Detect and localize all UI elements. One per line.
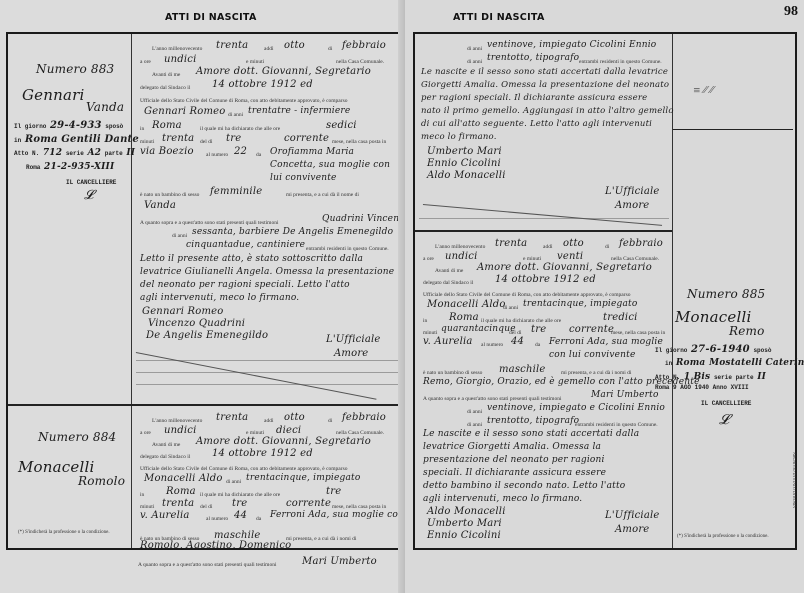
cancelliere-signature: 𝓛 bbox=[84, 188, 94, 203]
declarant-city: Roma bbox=[152, 120, 182, 131]
house-number: 22 bbox=[234, 146, 247, 157]
numero-value: 884 bbox=[93, 430, 117, 444]
declarant: Monacelli Aldo bbox=[427, 299, 506, 310]
print-text: di anni bbox=[467, 46, 482, 52]
narrative-line: speciali. Il dichiarante assicura essere bbox=[423, 468, 606, 478]
print-text: è nato un bambino di sesso bbox=[423, 370, 482, 376]
right-frame: di anni ventinove, impiegato Cicolini En… bbox=[413, 32, 797, 550]
officer-sign-title: L'Ufficiale bbox=[605, 186, 660, 197]
year: trenta bbox=[495, 238, 527, 249]
print-text: nella Casa Comunale. bbox=[336, 59, 384, 65]
signature: Ennio Cicolini bbox=[427, 158, 501, 169]
birth-month: corrente bbox=[286, 498, 331, 509]
print-text: addì bbox=[264, 46, 273, 52]
narrative-line: per ragioni speciali. Il dichiarante ass… bbox=[421, 93, 647, 103]
act-885: L'anno millenovecento trenta addì otto d… bbox=[419, 234, 669, 546]
print-text: in bbox=[140, 126, 144, 132]
officer-sign-title: L'Ufficiale bbox=[605, 510, 660, 521]
print-text: di bbox=[328, 46, 332, 52]
witness-1: Mari Umberto bbox=[591, 390, 659, 400]
officer-sign-title: L'Ufficiale bbox=[326, 334, 381, 345]
print-text: del dì bbox=[200, 139, 212, 145]
act-883: L'anno millenovecento trenta addì otto d… bbox=[136, 34, 398, 404]
right-page: ATTI DI NASCITA 98 di anni ventinove, im… bbox=[405, 0, 804, 593]
narrative-line: del neonato per ragioni speciali. Letto … bbox=[140, 280, 350, 290]
print-text: e minuti bbox=[246, 59, 264, 65]
signature: Aldo Monacelli bbox=[427, 170, 506, 181]
cancelliere-signature: 𝓛 bbox=[719, 412, 729, 428]
day: otto bbox=[284, 40, 305, 51]
narrative-line: presentazione del neonato per ragioni bbox=[423, 455, 605, 465]
minutes: venti bbox=[557, 251, 583, 262]
numero-label: Numero bbox=[36, 62, 87, 76]
print-text: Ufficiale dello Stato Civile del Comune … bbox=[140, 98, 347, 104]
declarant-age: trentacinque, impiegato bbox=[523, 299, 638, 309]
street: v. Aurelia bbox=[423, 336, 473, 347]
signature: Umberto Mari bbox=[427, 518, 502, 529]
month: febbraio bbox=[619, 238, 663, 249]
mother: Orofiamma Maria Concetta, sua moglie con… bbox=[270, 146, 395, 185]
marriage-date: 27-6-1940 bbox=[691, 344, 750, 355]
declarant: Gennari Romeo bbox=[144, 106, 225, 117]
birth-minutes: trenta bbox=[162, 498, 194, 509]
label: Atto N. bbox=[655, 374, 680, 381]
label: sposò bbox=[105, 123, 123, 130]
witness-2-detail: cinquantadue, cantiniere bbox=[186, 240, 305, 250]
birth-hour: tre bbox=[326, 486, 341, 497]
print-text: L'anno millenovecento bbox=[435, 244, 485, 250]
street: v. Aurelia bbox=[140, 510, 190, 521]
left-page: ATTI DI NASCITA Numero 883 Gennari Vanda… bbox=[0, 0, 405, 593]
print-text: A quanto sopra e a quest'atto sono stati… bbox=[140, 220, 278, 226]
declarant-city: Roma bbox=[449, 312, 479, 323]
signature: Umberto Mari bbox=[427, 146, 502, 157]
witness-1-detail: ventinove, impiegato e Cicolini Ennio bbox=[487, 403, 665, 413]
cancelliere-label: IL CANCELLIERE bbox=[701, 400, 751, 407]
print-text: di anni bbox=[467, 422, 482, 428]
print-text: addì bbox=[264, 418, 273, 424]
margin-separator bbox=[673, 129, 793, 130]
witness-2-detail: trentotto, tipografo bbox=[487, 416, 579, 426]
print-text: da bbox=[256, 516, 261, 522]
birth-month: corrente bbox=[569, 324, 614, 335]
narrative-line: di cui all'atto seguente. Letto l'atto a… bbox=[421, 119, 652, 129]
hour: undici bbox=[164, 54, 196, 65]
narrative-line: levatrice Giulianelli Angela. Omessa la … bbox=[140, 267, 394, 277]
act-884: L'anno millenovecento trenta addì otto d… bbox=[136, 408, 398, 548]
hour: undici bbox=[445, 251, 477, 262]
day: otto bbox=[563, 238, 584, 249]
child-name: Romolo, Agostino, Domenico bbox=[140, 540, 291, 551]
narrative-line: detto bambino il secondo nato. Letto l'a… bbox=[423, 481, 625, 491]
witness-1-detail: ventinove, impiegato Cicolini Ennio bbox=[487, 40, 656, 50]
label: parte bbox=[105, 150, 123, 157]
print-text: da bbox=[535, 342, 540, 348]
marriage-place: Roma bbox=[25, 134, 58, 145]
label: Il giorno bbox=[655, 347, 687, 354]
year: trenta bbox=[216, 412, 248, 423]
print-text: delegato dal Sindaco il bbox=[140, 85, 190, 91]
birth-day: tre bbox=[531, 324, 546, 335]
given-name: Vanda bbox=[86, 100, 124, 114]
print-text: L'anno millenovecento bbox=[152, 46, 202, 52]
print-text: Avanti di me bbox=[152, 72, 180, 78]
narrative-line: Le nascite e il sesso sono stati accerta… bbox=[421, 67, 668, 77]
print-text: di anni bbox=[467, 59, 482, 65]
birth-minutes: trenta bbox=[162, 133, 194, 144]
declarant-age: trentacinque, impiegato bbox=[246, 473, 361, 483]
officer-signature: Amore bbox=[334, 348, 368, 359]
numero-label: Numero bbox=[687, 287, 738, 301]
birth-minutes: quarantacinque bbox=[441, 324, 516, 334]
signature: Vincenzo Quadrini bbox=[148, 318, 245, 329]
margin-scribble: ≡ ⁄⁄ ⁄⁄ bbox=[693, 86, 714, 96]
numero-value: 885 bbox=[742, 287, 766, 301]
birth-month: corrente bbox=[284, 133, 329, 144]
witness-1: Quadrini Vincenzo bbox=[322, 214, 410, 224]
act-separator bbox=[131, 404, 400, 406]
label: in bbox=[665, 360, 672, 367]
witness-2-detail: trentotto, tipografo bbox=[487, 53, 579, 63]
print-text: al numero bbox=[206, 516, 228, 522]
act-separator bbox=[415, 230, 672, 232]
label: in bbox=[14, 137, 21, 144]
narrative-line: Le nascite e il sesso sono stati accerta… bbox=[423, 429, 639, 439]
ruled-line bbox=[136, 372, 398, 373]
print-text: Avanti di me bbox=[435, 268, 463, 274]
print-text: di anni bbox=[228, 112, 243, 118]
house-number: 44 bbox=[511, 336, 524, 347]
month: febbraio bbox=[342, 412, 386, 423]
officer-signature: Amore bbox=[615, 200, 649, 211]
label: serie bbox=[714, 374, 732, 381]
officer: Amore dott. Giovanni, Segretario bbox=[196, 66, 371, 77]
narrative-line: nato il primo gemello. Aggiungasi in att… bbox=[421, 106, 674, 116]
atto-number: 1 Bis bbox=[684, 372, 711, 382]
print-text: L'anno millenovecento bbox=[152, 418, 202, 424]
marriage-date: 29-4-933 bbox=[50, 120, 102, 131]
print-text: del dì bbox=[200, 504, 212, 510]
label: Atto N. bbox=[14, 150, 39, 157]
label: serie bbox=[66, 150, 84, 157]
print-text: in bbox=[423, 318, 427, 324]
declarant-city: Roma bbox=[166, 486, 196, 497]
print-text: delegato dal Sindaco il bbox=[423, 280, 473, 286]
given-name: Remo bbox=[729, 324, 765, 338]
narrative-line: levatrice Giorgetti Amalia. Omessa la bbox=[423, 442, 601, 452]
sex: femminile bbox=[210, 186, 262, 197]
minutes: dieci bbox=[276, 425, 301, 436]
day: otto bbox=[284, 412, 305, 423]
print-text: al numero bbox=[481, 342, 503, 348]
header-right: ATTI DI NASCITA bbox=[453, 12, 545, 23]
witness-1: Mari Umberto bbox=[302, 556, 377, 567]
label: Roma bbox=[655, 384, 669, 391]
spouse: Gentili Dante bbox=[61, 134, 139, 145]
print-text: entrambi residenti in questo Comune. bbox=[575, 422, 658, 428]
print-text: minuti bbox=[140, 139, 154, 145]
print-text: da bbox=[256, 152, 261, 158]
numero-label: Numero bbox=[38, 430, 89, 444]
left-frame: Numero 883 Gennari Vanda Il giorno 29-4-… bbox=[6, 32, 402, 550]
print-text: di anni bbox=[467, 409, 482, 415]
birth-day: tre bbox=[226, 133, 241, 144]
marriage-place: Roma bbox=[676, 358, 706, 368]
margin-record-885: ≡ ⁄⁄ ⁄⁄ Numero 885 Monacelli Remo Il gio… bbox=[673, 34, 793, 546]
delegation-date: 14 ottobre 1912 ed bbox=[212, 79, 313, 90]
print-text: al numero bbox=[206, 152, 228, 158]
print-text: entrambi residenti in questo Comune. bbox=[306, 246, 389, 252]
sex: maschile bbox=[499, 364, 546, 375]
cancelliere-label: IL CANCELLIERE bbox=[66, 179, 116, 186]
ruled-line bbox=[136, 384, 398, 385]
print-text: Ufficiale dello Stato Civile del Comune … bbox=[140, 466, 347, 472]
birth-day: tre bbox=[232, 498, 247, 509]
hour: undici bbox=[164, 425, 196, 436]
narrative-line: agli intervenuti, meco lo firmano. bbox=[140, 293, 299, 303]
print-text: delegato dal Sindaco il bbox=[140, 454, 190, 460]
label: parte bbox=[736, 374, 754, 381]
officer-signature: Amore bbox=[615, 524, 649, 535]
spouse: Mostatelli Caterina bbox=[709, 358, 804, 368]
signature: De Angelis Emenegildo bbox=[146, 330, 268, 341]
label: sposò bbox=[753, 347, 771, 354]
numero-value: 883 bbox=[91, 62, 115, 76]
print-text: addì bbox=[543, 244, 552, 250]
atto-number: 712 bbox=[43, 148, 62, 158]
print-text: a ore bbox=[423, 256, 434, 262]
print-text: di bbox=[328, 418, 332, 424]
footnote: (*) S'indicherà la professione o la cond… bbox=[18, 530, 110, 535]
registration-date: 9 AGO 1940 Anno XVIII bbox=[673, 384, 749, 391]
signature: Gennari Romeo bbox=[142, 306, 223, 317]
print-text: mi presenta, e a cui dà i nomi di bbox=[561, 370, 631, 376]
label: Il giorno bbox=[14, 123, 46, 130]
ruled-line bbox=[419, 218, 669, 219]
print-text: in bbox=[140, 492, 144, 498]
child-name: Vanda bbox=[144, 200, 176, 211]
delegation-date: 14 ottobre 1912 ed bbox=[495, 274, 596, 285]
print-text: di anni bbox=[503, 305, 518, 311]
witness-1-detail: sessanta, barbiere De Angelis Emenegildo bbox=[192, 227, 393, 237]
parte: II bbox=[757, 372, 766, 382]
signature: Aldo Monacelli bbox=[427, 506, 506, 517]
print-text: mese, nella casa posta in bbox=[332, 139, 386, 145]
column-divider bbox=[131, 34, 132, 548]
narrative-line: Giorgetti Amalia. Omessa la presentazion… bbox=[421, 80, 669, 90]
print-text: di anni bbox=[226, 479, 241, 485]
print-text: di anni bbox=[172, 233, 187, 239]
declarant: Monacelli Aldo bbox=[144, 473, 223, 484]
archive-stamp: ARCHIVIO DI STATO DI ROMA bbox=[792, 452, 797, 508]
officer: Amore dott. Giovanni, Segretario bbox=[477, 262, 652, 273]
month: febbraio bbox=[342, 40, 386, 51]
delegation-date: 14 ottobre 1912 ed bbox=[212, 448, 313, 459]
act-884-continuation: di anni ventinove, impiegato Cicolini En… bbox=[419, 34, 669, 230]
officer: Amore dott. Giovanni, Segretario bbox=[196, 436, 371, 447]
print-text: a ore bbox=[140, 430, 151, 436]
mother: Ferroni Ada, sua moglie con lui conviven… bbox=[549, 336, 669, 362]
print-text: il quale mi ha dichiarato che alle ore bbox=[200, 126, 280, 132]
print-text: mi presenta, e a cui dà il nome di bbox=[286, 192, 359, 198]
narrative-line: Letto il presente atto, è stato sottoscr… bbox=[140, 254, 363, 264]
print-text: a ore bbox=[140, 59, 151, 65]
street: via Boezio bbox=[140, 146, 194, 157]
given-name: Romolo bbox=[78, 474, 125, 488]
print-text: A quanto sopra e a quest'atto sono stati… bbox=[423, 396, 561, 402]
print-text: Ufficiale dello Stato Civile del Comune … bbox=[423, 292, 630, 298]
print-text: A quanto sopra e a quest'atto sono stati… bbox=[138, 562, 276, 568]
narrative-line: agli intervenuti, meco lo firmano. bbox=[423, 494, 582, 504]
birth-hour: sedici bbox=[326, 120, 357, 131]
print-text: è nato un bambino di sesso bbox=[140, 192, 199, 198]
serie: A2 bbox=[87, 148, 101, 158]
narrative-line: meco lo firmano. bbox=[421, 132, 497, 142]
year: trenta bbox=[216, 40, 248, 51]
header-left: ATTI DI NASCITA bbox=[165, 12, 257, 23]
surname: Gennari bbox=[22, 86, 85, 104]
print-text: mi presenta, e a cui dà i nomi di bbox=[286, 536, 356, 542]
birth-hour: tredici bbox=[603, 312, 638, 323]
house-number: 44 bbox=[234, 510, 247, 521]
registration-date: 21-2-935-XIII bbox=[44, 162, 114, 172]
label: Roma bbox=[26, 164, 40, 171]
declarant-age: trentatre - infermiere bbox=[248, 106, 350, 116]
margin-separator bbox=[8, 404, 131, 406]
footnote: (*) S'indicherà la professione o la cond… bbox=[677, 534, 769, 539]
print-text: di bbox=[605, 244, 609, 250]
print-text: Avanti di me bbox=[152, 442, 180, 448]
print-text: entrambi residenti in questo Comune. bbox=[579, 59, 662, 65]
parte: II bbox=[126, 148, 135, 158]
signature: Ennio Cicolini bbox=[427, 530, 501, 541]
page-number: 98 bbox=[784, 4, 798, 20]
